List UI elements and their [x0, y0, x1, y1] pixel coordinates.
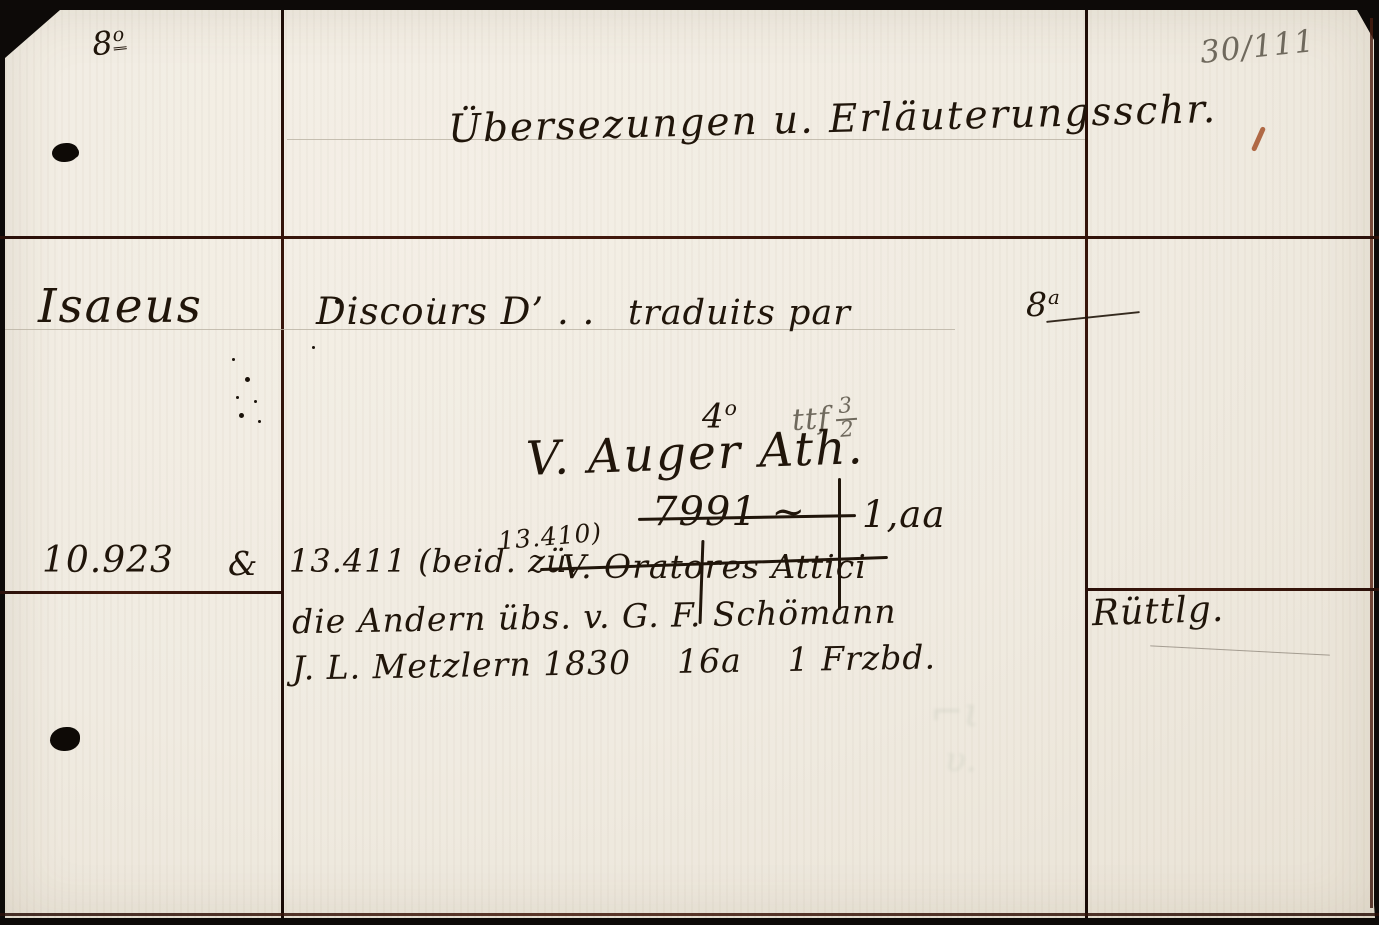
scanned-catalog-card: 8o 30/111 Übersezungen u. Erläuterungssc…	[0, 0, 1379, 925]
bleedthrough-ghost-1: ⌐ι	[930, 690, 979, 736]
card-right-edge	[1370, 18, 1373, 908]
pen-stroke-vertical-1	[838, 478, 841, 610]
grid-horizontal-line-top	[0, 236, 1379, 239]
struck-accession-number: 7991 ~	[652, 492, 806, 532]
price-note: 1,aa	[862, 496, 945, 533]
translator-note: die Andern übs. v. G. F. Schömann	[292, 595, 897, 639]
shelfmark-left: 10.923	[42, 543, 174, 579]
ink-blot-top-satellite	[70, 148, 79, 158]
binding-check-note: Rüttlg.	[1091, 592, 1224, 633]
format-mark: 8o	[90, 24, 127, 60]
publisher-line: J. L. Metzlern 1830 16a 1 Frzbd.	[292, 640, 936, 684]
bleedthrough-ghost-2: υ.	[945, 740, 976, 780]
grid-horizontal-line-right-row	[1085, 588, 1379, 591]
shelfmark-ampersand: &	[228, 547, 258, 580]
title-translated-by: traduits par	[628, 296, 851, 331]
author-name: Isaeus	[38, 283, 203, 330]
title-format-mark: 8a	[1026, 288, 1061, 321]
ink-blot-bottom	[50, 727, 80, 751]
ink-spatter	[232, 358, 235, 361]
grid-vertical-line-right	[1085, 10, 1088, 918]
title-text: Discours D’ . .	[316, 293, 595, 330]
grid-vertical-line-left	[281, 10, 284, 918]
card-bottom-edge	[0, 913, 1379, 916]
translator-line: V. Auger Ath.	[525, 424, 865, 483]
grid-horizontal-line-left-row	[0, 591, 284, 594]
